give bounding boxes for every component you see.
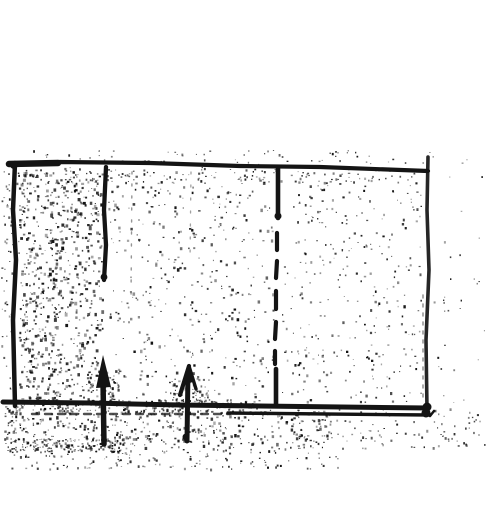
speckle-dot xyxy=(147,340,148,341)
speckle-dot xyxy=(58,441,60,443)
speckle-dot xyxy=(148,244,149,246)
speckle-dot xyxy=(405,331,407,333)
speckle-dot xyxy=(190,458,192,461)
speckle-dot xyxy=(36,444,38,445)
speckle-dot xyxy=(110,445,111,446)
speckle-dot xyxy=(250,449,251,451)
speckle-dot xyxy=(74,440,75,441)
speckle-dot xyxy=(56,180,58,183)
speckle-dot xyxy=(205,400,207,402)
speckle-dot xyxy=(15,412,18,415)
speckle-dot xyxy=(42,212,44,214)
speckle-dot xyxy=(41,253,43,255)
speckle-dot xyxy=(198,210,201,212)
speckle-dot xyxy=(404,295,405,296)
speckle-dot xyxy=(23,211,25,213)
speckle-dot xyxy=(166,280,167,281)
speckle-dot xyxy=(307,468,309,470)
speckle-dot xyxy=(69,179,71,181)
speckle-dot xyxy=(392,159,394,161)
speckle-dot xyxy=(73,367,76,369)
speckle-dot xyxy=(37,268,39,270)
speckle-dot xyxy=(262,357,265,360)
speckle-dot xyxy=(339,287,340,288)
speckle-dot xyxy=(57,287,58,288)
speckle-dot xyxy=(354,337,356,338)
speckle-dot xyxy=(420,195,421,196)
speckle-dot xyxy=(229,415,232,418)
speckle-dot xyxy=(354,428,356,430)
speckle-dot xyxy=(264,205,266,208)
speckle-dot xyxy=(78,332,80,334)
speckle-dot xyxy=(437,357,439,359)
speckle-dot xyxy=(11,438,12,439)
speckle-dot xyxy=(155,460,157,462)
speckle-dot xyxy=(22,300,23,301)
speckle-dot xyxy=(337,467,339,469)
speckle-dot xyxy=(234,417,236,419)
speckle-dot xyxy=(478,359,479,360)
speckle-dot xyxy=(173,393,175,395)
speckle-dot xyxy=(39,331,41,332)
speckle-dot xyxy=(27,188,28,189)
speckle-dot xyxy=(208,390,209,392)
speckle-dot xyxy=(322,200,324,201)
speckle-dot xyxy=(55,197,56,198)
speckle-dot xyxy=(12,416,13,418)
speckle-dot xyxy=(405,354,407,356)
speckle-dot xyxy=(120,443,122,445)
speckle-dot xyxy=(26,311,27,313)
speckle-dot xyxy=(78,439,79,440)
speckle-dot xyxy=(116,207,118,209)
speckle-dot xyxy=(53,455,55,456)
speckle-dot xyxy=(484,330,485,331)
speckle-dot xyxy=(305,355,307,358)
speckle-dot xyxy=(263,177,265,178)
speckle-dot xyxy=(45,184,46,186)
speckle-dot xyxy=(201,314,202,315)
speckle-dot xyxy=(158,299,159,300)
speckle-dot xyxy=(151,342,154,345)
speckle-dot xyxy=(65,442,67,445)
speckle-dot xyxy=(4,216,5,217)
speckle-dot xyxy=(74,450,76,452)
speckle-dot xyxy=(267,210,268,211)
speckle-dot xyxy=(152,376,154,377)
speckle-dot xyxy=(312,420,313,421)
speckle-dot xyxy=(164,204,165,205)
speckle-dot xyxy=(161,181,163,184)
speckle-dot xyxy=(177,427,179,429)
speckle-dot xyxy=(251,179,252,180)
speckle-dot xyxy=(222,432,225,434)
speckle-dot xyxy=(96,232,99,235)
speckle-dot xyxy=(254,310,255,311)
speckle-dot xyxy=(18,438,20,440)
speckle-dot xyxy=(398,306,399,307)
speckle-dot xyxy=(391,176,393,177)
speckle-dot xyxy=(342,174,343,176)
speckle-dot xyxy=(230,294,232,297)
speckle-dot xyxy=(48,275,50,278)
speckle-dot xyxy=(201,385,203,387)
speckle-dot xyxy=(349,250,350,251)
speckle-dot xyxy=(365,395,367,398)
speckle-dot xyxy=(54,312,56,314)
speckle-dot xyxy=(46,155,47,156)
speckle-dot xyxy=(97,415,99,418)
speckle-dot xyxy=(60,367,61,369)
speckle-dot xyxy=(30,293,31,294)
speckle-dot xyxy=(90,245,92,247)
speckle-dot xyxy=(26,267,27,268)
speckle-dot xyxy=(164,451,166,453)
speckle-dot xyxy=(71,236,73,237)
speckle-dot xyxy=(207,190,209,193)
speckle-dot xyxy=(70,177,71,178)
speckle-dot xyxy=(49,408,51,409)
speckle-dot xyxy=(29,330,30,332)
speckle-dot xyxy=(369,156,371,157)
speckle-dot xyxy=(329,261,331,263)
speckle-dot xyxy=(66,277,68,278)
speckle-dot xyxy=(466,159,467,160)
speckle-dot xyxy=(267,467,269,469)
speckle-dot xyxy=(76,409,77,410)
speckle-dot xyxy=(109,468,110,470)
speckle-dot xyxy=(43,439,45,441)
speckle-dot xyxy=(331,208,333,210)
speckle-dot xyxy=(110,396,112,398)
speckle-dot xyxy=(197,378,199,380)
speckle-dot xyxy=(171,359,172,360)
speckle-dot xyxy=(391,256,392,257)
speckle-dot xyxy=(444,345,446,346)
speckle-dot xyxy=(231,289,234,292)
speckle-dot xyxy=(321,464,322,466)
speckle-dot xyxy=(416,362,418,364)
speckle-dot xyxy=(299,374,300,376)
speckle-dot xyxy=(7,434,8,435)
speckle-dot xyxy=(320,426,321,427)
speckle-dot xyxy=(38,351,40,353)
speckle-dot xyxy=(47,229,49,230)
speckle-dot xyxy=(153,223,155,225)
speckle-dot xyxy=(50,240,52,242)
speckle-dot xyxy=(47,182,49,184)
speckle-dot xyxy=(205,176,207,177)
speckle-dot xyxy=(92,215,93,216)
speckle-dot xyxy=(34,434,36,435)
speckle-dot xyxy=(24,342,26,344)
speckle-dot xyxy=(137,299,139,301)
speckle-dot xyxy=(46,455,47,457)
speckle-dot xyxy=(215,172,216,173)
speckle-dot xyxy=(117,432,119,434)
speckle-dot xyxy=(37,221,38,222)
speckle-dot xyxy=(397,281,399,284)
speckle-dot xyxy=(433,447,435,450)
speckle-dot xyxy=(213,260,214,261)
speckle-dot xyxy=(161,440,162,442)
speckle-dot xyxy=(256,176,258,177)
speckle-dot xyxy=(226,199,227,200)
speckle-dot xyxy=(110,313,112,315)
speckle-dot xyxy=(389,310,391,312)
speckle-dot xyxy=(80,355,82,357)
speckle-dot xyxy=(66,467,68,468)
speckle-dot xyxy=(82,354,83,356)
speckle-dot xyxy=(310,440,312,441)
speckle-dot xyxy=(46,392,49,395)
speckle-dot xyxy=(51,350,53,352)
speckle-dot xyxy=(140,350,143,354)
speckle-dot xyxy=(223,230,224,231)
speckle-dot xyxy=(55,243,58,246)
speckle-dot xyxy=(309,324,310,325)
speckle-dot xyxy=(58,317,59,318)
speckle-dot xyxy=(350,397,352,399)
speckle-dot xyxy=(211,243,213,246)
speckle-dot xyxy=(210,227,212,229)
speckle-dot xyxy=(19,332,21,334)
speckle-dot xyxy=(34,240,36,242)
speckle-dot xyxy=(60,215,62,216)
speckle-dot xyxy=(99,439,100,441)
speckle-dot xyxy=(42,283,45,285)
speckle-dot xyxy=(360,433,361,434)
speckle-dot xyxy=(133,438,135,441)
speckle-dot xyxy=(405,433,407,435)
speckle-dot xyxy=(341,350,342,352)
speckle-dot xyxy=(140,374,143,376)
speckle-dot xyxy=(52,368,53,370)
speckle-dot xyxy=(298,241,300,244)
speckle-dot xyxy=(115,169,116,170)
speckle-dot xyxy=(37,468,39,470)
speckle-dot xyxy=(399,371,400,372)
speckle-dot xyxy=(259,178,261,180)
speckle-dot xyxy=(242,409,244,411)
speckle-dot xyxy=(22,285,24,286)
speckle-dot xyxy=(73,302,74,304)
speckle-dot xyxy=(383,297,385,298)
speckle-dot xyxy=(128,410,130,413)
speckle-dot xyxy=(192,308,193,310)
speckle-dot xyxy=(69,423,71,425)
speckle-dot xyxy=(219,204,220,205)
speckle-dot xyxy=(355,321,357,323)
speckle-dot xyxy=(476,419,477,421)
speckle-dot xyxy=(142,186,145,188)
speckle-dot xyxy=(440,434,441,435)
speckle-dot xyxy=(153,197,154,198)
speckle-dot xyxy=(152,317,154,318)
speckle-dot xyxy=(112,387,114,390)
speckle-dot xyxy=(346,351,348,353)
speckle-dot xyxy=(316,442,318,443)
speckle-dot xyxy=(127,303,129,305)
speckle-dot xyxy=(85,298,86,299)
speckle-dot xyxy=(271,426,272,428)
speckle-dot xyxy=(331,334,333,337)
speckle-dot xyxy=(445,437,447,440)
speckle-dot xyxy=(313,172,315,174)
speckle-dot xyxy=(130,277,132,279)
speckle-dot xyxy=(298,448,299,449)
speckle-dot xyxy=(307,435,309,437)
speckle-dot xyxy=(375,353,377,355)
speckle-dot xyxy=(421,206,423,207)
speckle-dot xyxy=(116,383,118,384)
speckle-dot xyxy=(240,438,241,439)
speckle-dot xyxy=(229,453,231,455)
speckle-dot xyxy=(250,463,252,465)
speckle-dot xyxy=(60,267,62,270)
speckle-dot xyxy=(474,421,476,423)
speckle-dot xyxy=(172,381,173,382)
speckle-dot xyxy=(378,430,379,432)
speckle-dot xyxy=(35,446,36,447)
speckle-dot xyxy=(148,211,150,214)
speckle-dot xyxy=(89,239,90,240)
speckle-dot xyxy=(93,429,95,431)
speckle-dot xyxy=(258,300,261,303)
speckle-dot xyxy=(318,443,319,445)
speckle-dot xyxy=(65,252,66,253)
speckle-dot xyxy=(161,278,163,280)
speckle-dot xyxy=(209,188,210,189)
speckle-dot xyxy=(216,437,217,438)
speckle-dot xyxy=(173,277,174,278)
speckle-dot xyxy=(346,257,348,258)
speckle-dot xyxy=(114,450,115,452)
speckle-dot xyxy=(16,420,18,422)
speckle-dot xyxy=(254,401,256,403)
speckle-dot xyxy=(287,161,289,162)
speckle-dot xyxy=(188,174,189,175)
speckle-dot xyxy=(66,362,69,365)
speckle-dot xyxy=(311,160,312,161)
speckle-dot xyxy=(51,192,53,193)
speckle-dot xyxy=(366,161,368,163)
speckle-dot xyxy=(420,273,422,276)
speckle-dot xyxy=(268,341,270,343)
speckle-dot xyxy=(35,367,38,369)
speckle-dot xyxy=(238,425,241,427)
speckle-dot xyxy=(6,336,7,337)
speckle-dot xyxy=(302,297,304,299)
speckle-dot xyxy=(170,466,172,468)
speckle-dot xyxy=(94,424,96,426)
speckle-dot xyxy=(213,422,216,425)
speckle-dot xyxy=(84,429,86,431)
speckle-dot xyxy=(96,451,97,453)
speckle-dot xyxy=(77,446,79,447)
speckle-dot xyxy=(298,445,300,447)
speckle-dot xyxy=(370,430,372,432)
speckle-dot xyxy=(64,410,66,412)
speckle-dot xyxy=(4,224,6,226)
speckle-dot xyxy=(20,456,22,459)
speckle-dot xyxy=(42,377,44,378)
speckle-dot xyxy=(52,444,53,445)
speckle-dot xyxy=(342,321,344,324)
speckle-dot xyxy=(459,254,460,256)
speckle-dot xyxy=(330,244,331,245)
speckle-dot xyxy=(6,304,8,305)
speckle-dot xyxy=(288,460,289,461)
speckle-dot xyxy=(72,231,73,232)
speckle-dot xyxy=(62,202,63,203)
speckle-dot xyxy=(26,238,29,241)
speckle-dot xyxy=(22,193,25,195)
speckle-dot xyxy=(444,311,445,312)
bottom-echo-right xyxy=(228,413,430,415)
speckle-dot xyxy=(90,420,93,423)
speckle-dot xyxy=(118,447,120,449)
speckle-dot xyxy=(36,439,38,441)
speckle-dot xyxy=(472,417,473,418)
speckle-dot xyxy=(27,379,29,381)
speckle-dot xyxy=(100,446,102,449)
speckle-dot xyxy=(110,467,112,469)
speckle-dot xyxy=(62,185,64,186)
speckle-dot xyxy=(72,212,74,213)
speckle-dot xyxy=(140,416,142,418)
speckle-dot xyxy=(24,264,26,266)
speckle-dot xyxy=(97,173,99,175)
speckle-dot xyxy=(155,195,157,196)
speckle-dot xyxy=(130,318,132,321)
speckle-dot xyxy=(216,429,217,430)
speckle-dot xyxy=(469,422,471,424)
speckle-dot xyxy=(207,454,208,455)
speckle-dot xyxy=(46,190,49,193)
speckle-dot xyxy=(207,288,209,290)
speckle-dot xyxy=(27,418,28,419)
speckle-dot xyxy=(386,326,388,327)
speckle-dot xyxy=(99,155,100,156)
speckle-dot xyxy=(27,320,28,321)
speckle-dot xyxy=(37,195,39,198)
speckle-dot xyxy=(58,407,59,408)
speckle-dot xyxy=(23,419,26,421)
speckle-dot xyxy=(182,400,183,402)
speckle-dot xyxy=(235,326,236,327)
speckle-dot xyxy=(193,364,195,366)
speckle-dot xyxy=(114,382,116,384)
speckle-dot xyxy=(206,456,207,458)
speckle-dot xyxy=(149,305,151,307)
speckle-dot xyxy=(325,420,326,421)
speckle-dot xyxy=(308,175,310,176)
arrow-right-tail-blob xyxy=(183,434,190,441)
sketch-figure: Scanned hand-drawn sketch: a rectangle d… xyxy=(0,0,487,513)
speckle-dot xyxy=(248,268,249,269)
speckle-dot xyxy=(139,378,141,380)
speckle-dot xyxy=(30,445,31,446)
speckle-dot xyxy=(118,174,119,176)
speckle-dot xyxy=(27,444,28,445)
speckle-dot xyxy=(197,376,199,378)
speckle-dot xyxy=(113,150,115,151)
speckle-dot xyxy=(61,447,63,448)
speckle-dot xyxy=(62,206,65,208)
speckle-dot xyxy=(87,374,88,376)
speckle-dot xyxy=(8,251,9,252)
